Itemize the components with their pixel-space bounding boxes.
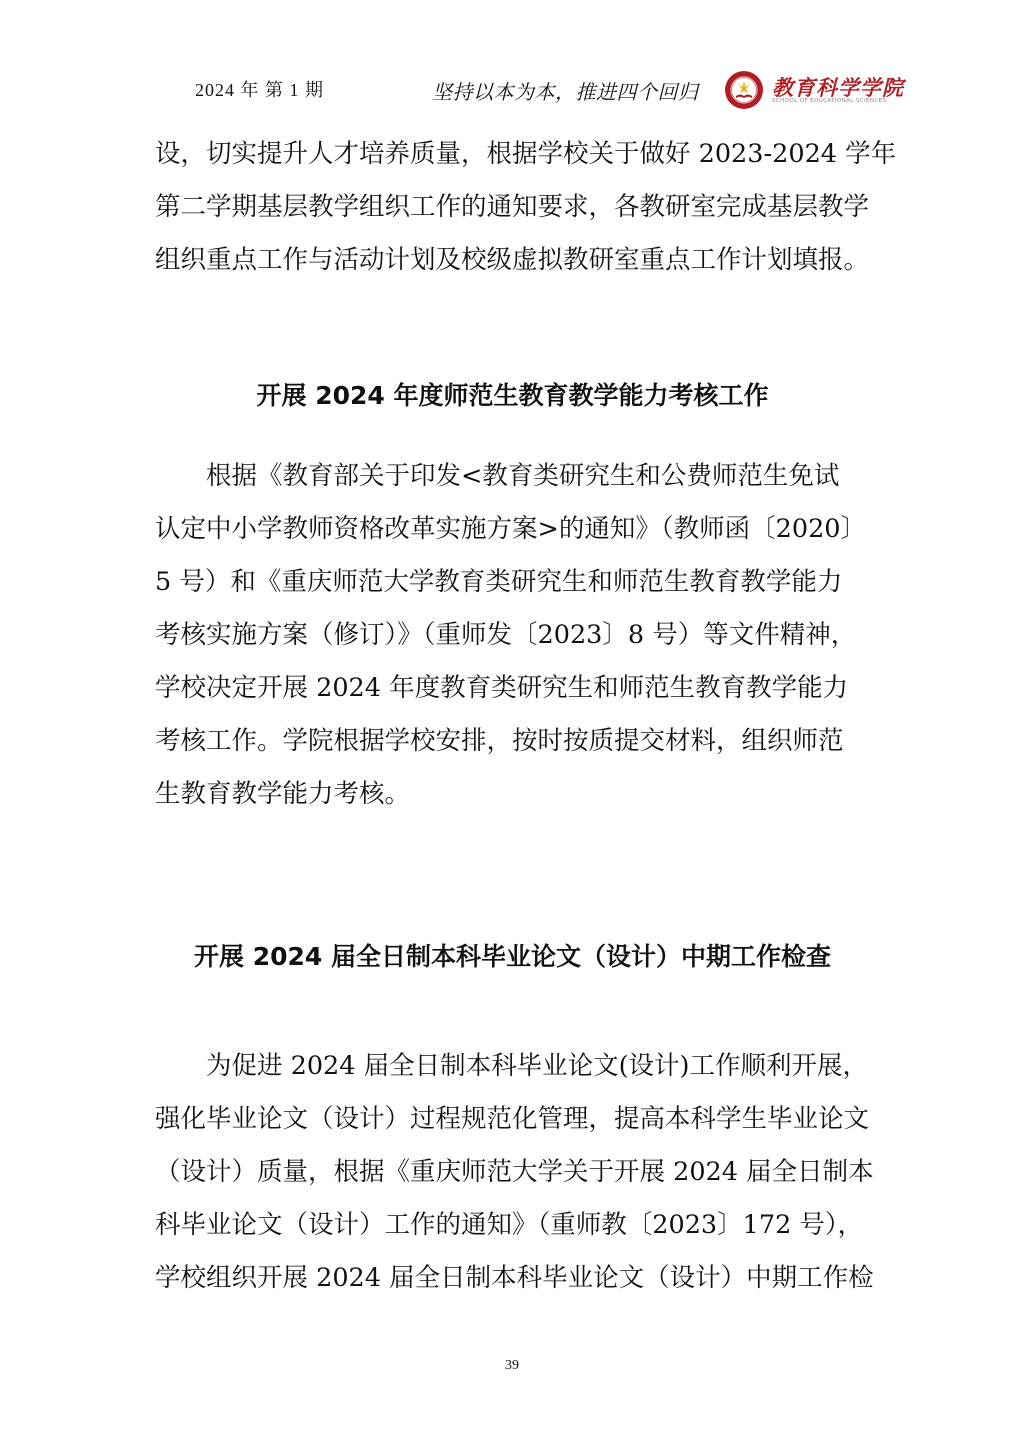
section-heading: 开展 2024 届全日制本科毕业论文（设计）中期工作检查 xyxy=(155,937,870,977)
text-line: 学校决定开展 2024 年度教育类研究生和师范生教育教学能力 xyxy=(155,662,870,715)
text-line: 5 号）和《重庆师范大学教育类研究生和师范生教育教学能力 xyxy=(155,556,870,609)
section-teaching-ability: 开展 2024 年度师范生教育教学能力考核工作 xyxy=(155,376,870,416)
paragraph: 设，切实提升人才培养质量，根据学校关于做好 2023-2024 学年 第二学期基… xyxy=(155,128,870,287)
section-thesis-check: 开展 2024 届全日制本科毕业论文（设计）中期工作检查 xyxy=(155,937,870,977)
section-thesis-check-body: 为促进 2024 届全日制本科毕业论文(设计)工作顺利开展， 强化毕业论文（设计… xyxy=(155,1040,870,1305)
section-teaching-ability-body: 根据《教育部关于印发<教育类研究生和公费师范生免试 认定中小学教师资格改革实施方… xyxy=(155,450,870,821)
text-line: 第二学期基层教学组织工作的通知要求，各教研室完成基层教学 xyxy=(155,181,870,234)
text-line: 根据《教育部关于印发<教育类研究生和公费师范生免试 xyxy=(155,450,870,503)
text-line: 为促进 2024 届全日制本科毕业论文(设计)工作顺利开展， xyxy=(155,1040,870,1093)
text-line: 生教育教学能力考核。 xyxy=(155,768,870,821)
page-number: 39 xyxy=(0,1358,1024,1374)
text-line: 设，切实提升人才培养质量，根据学校关于做好 2023-2024 学年 xyxy=(155,128,870,181)
text-line: 强化毕业论文（设计）过程规范化管理，提高本科学生毕业论文 xyxy=(155,1093,870,1146)
section-continuation: 设，切实提升人才培养质量，根据学校关于做好 2023-2024 学年 第二学期基… xyxy=(155,128,870,287)
paragraph: 为促进 2024 届全日制本科毕业论文(设计)工作顺利开展， 强化毕业论文（设计… xyxy=(155,1040,870,1305)
text-line: 科毕业论文（设计）工作的通知》（重师教〔2023〕172 号）， xyxy=(155,1199,870,1252)
paragraph: 根据《教育部关于印发<教育类研究生和公费师范生免试 认定中小学教师资格改革实施方… xyxy=(155,450,870,821)
issue-label: 2024 年 第 1 期 xyxy=(195,76,324,102)
text-line: 认定中小学教师资格改革实施方案>的通知》（教师函〔2020〕 xyxy=(155,503,870,556)
page-header: 2024 年 第 1 期 坚持以本为本，推进四个回归 教育科学学院 SCHOOL… xyxy=(0,70,1024,110)
text-line: 组织重点工作与活动计划及校级虚拟教研室重点工作计划填报。 xyxy=(155,234,870,287)
slogan: 坚持以本为本，推进四个回归 xyxy=(432,76,699,105)
section-heading: 开展 2024 年度师范生教育教学能力考核工作 xyxy=(155,376,870,416)
text-line: 考核实施方案（修订）》（重师发〔2023〕8 号）等文件精神， xyxy=(155,609,870,662)
school-emblem-icon xyxy=(724,70,764,110)
text-line: （设计）质量，根据《重庆师范大学关于开展 2024 届全日制本 xyxy=(155,1146,870,1199)
logo-subtitle: SCHOOL OF EDUCATIONAL SCIENCES xyxy=(772,98,886,104)
text-line: 学校组织开展 2024 届全日制本科毕业论文（设计）中期工作检 xyxy=(155,1252,870,1305)
school-logo: 教育科学学院 SCHOOL OF EDUCATIONAL SCIENCES xyxy=(724,70,904,110)
text-line: 考核工作。学院根据学校安排，按时按质提交材料，组织师范 xyxy=(155,715,870,768)
